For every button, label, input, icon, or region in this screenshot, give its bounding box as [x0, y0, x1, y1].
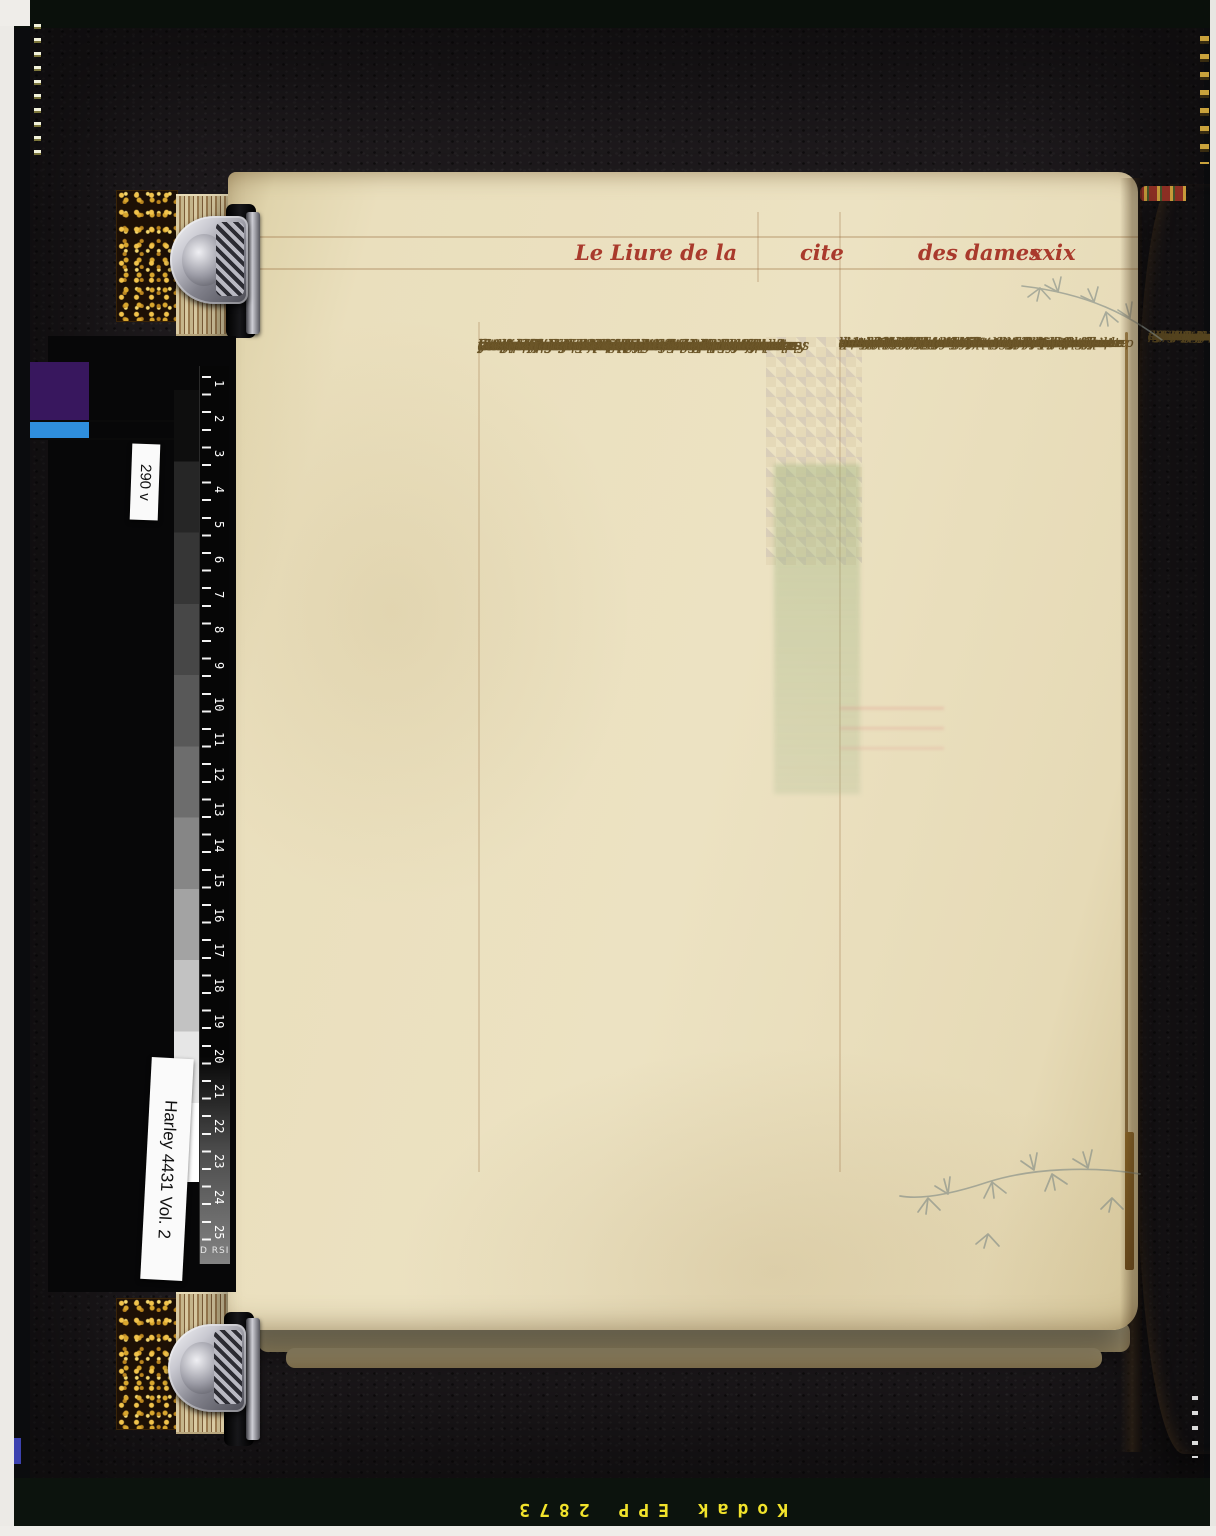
film-edge-band [14, 0, 1210, 28]
ruler-number: 7 [212, 591, 226, 598]
facing-page: dauphin orsuuigne que eme lexturea de vi… [1136, 184, 1212, 1454]
ruler-number: 12 [212, 767, 226, 781]
folio-number-sticker: 290 v [130, 444, 161, 521]
ivy-spray-icon [1010, 256, 1170, 348]
ruler-number: 24 [212, 1190, 226, 1204]
engraved-metal-strip-top [246, 212, 260, 334]
ruler-number: 3 [212, 450, 226, 457]
header-title: Le Liure de la [575, 240, 737, 265]
gilt-cover-top [116, 190, 178, 322]
engraved-metal-strip-bottom [246, 1318, 260, 1440]
header-title: cite [800, 240, 844, 265]
ruler-number: 17 [212, 943, 226, 957]
ruler-number: 9 [212, 662, 226, 669]
patch-saturated-swatch [30, 362, 89, 420]
ruler-number: 1 [212, 380, 226, 387]
manuscript-photograph: dauphin orsuuigne que eme lexturea de vi… [0, 0, 1216, 1536]
film-edge-marks [34, 24, 41, 156]
manuscript-page: Le Liure de la cite des dames xxix vn po… [228, 172, 1138, 1330]
running-header: Le Liure de la cite des dames xxix [228, 240, 1138, 270]
ruler-number: 6 [212, 556, 226, 563]
film-edge-marks [1192, 1396, 1198, 1458]
silver-clasp-top [170, 216, 248, 304]
gutter-shadow [1120, 178, 1142, 1452]
endband-stripes [1140, 186, 1186, 201]
ruler-number: 14 [212, 838, 226, 852]
ruler-number: 18 [212, 978, 226, 992]
photo-border [1210, 0, 1216, 1536]
ruler-number: 5 [212, 521, 226, 528]
ruling-line [250, 236, 1138, 238]
ruler-number: 20 [212, 1049, 226, 1063]
ruler-number: 8 [212, 626, 226, 633]
film-caption: Kodak EPP 2873 [368, 1490, 788, 1520]
ruler-number: 4 [212, 486, 226, 493]
photo-border [0, 1526, 1216, 1536]
ruler-number: 25 [212, 1225, 226, 1239]
film-edge-mark [14, 1438, 21, 1464]
manuscript-text-line: et sanz faueur se ce peut estre vray ce … [478, 335, 768, 357]
silver-clasp-bottom [168, 1324, 246, 1412]
ivy-spray-icon [892, 1138, 1144, 1278]
ruler-number: 22 [212, 1119, 226, 1133]
color-patch-row: Blue [30, 362, 174, 422]
ruler-number: 15 [212, 873, 226, 887]
ruler-number: 19 [212, 1014, 226, 1028]
photo-border [0, 0, 14, 1536]
ruler-footer-label: D RSI [200, 1246, 229, 1256]
rubric-showthrough [840, 700, 944, 762]
ruler-number: 21 [212, 1084, 226, 1098]
under-page-edge [286, 1348, 1102, 1368]
photo-border [0, 0, 30, 26]
ruler-number: 16 [212, 908, 226, 922]
gilt-edge-dots [1200, 36, 1209, 164]
ruling-line [478, 322, 480, 1172]
ruler: 1234567891011121314151617181920212223242… [199, 366, 229, 1264]
ruler-number: 10 [212, 697, 226, 711]
ruler-number: 11 [212, 732, 226, 746]
ruler-number: 13 [212, 802, 226, 816]
ruler-number: 2 [212, 415, 226, 422]
ruler-number: 23 [212, 1154, 226, 1168]
